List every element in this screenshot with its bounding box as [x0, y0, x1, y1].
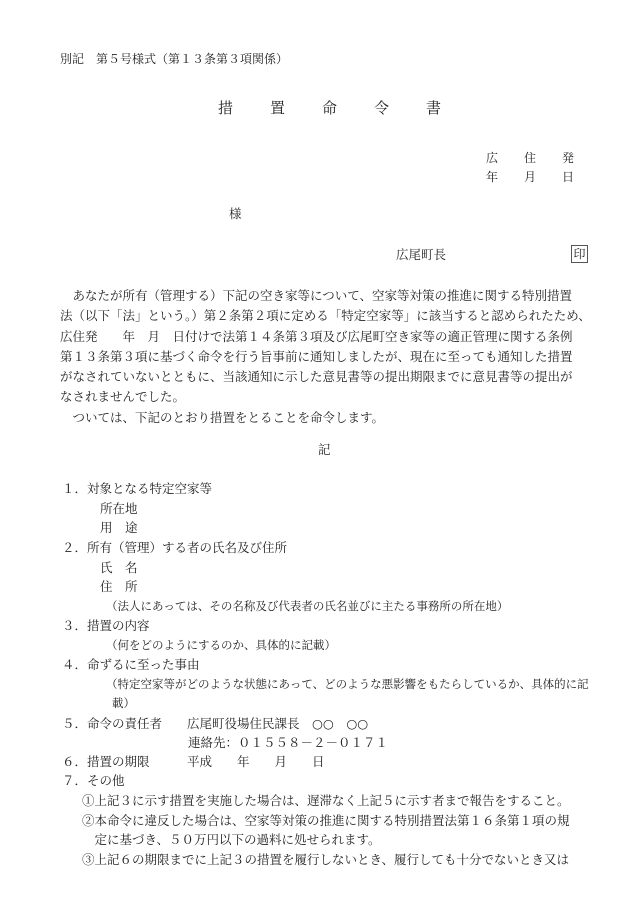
item-2-owner: ２．所有（管理）する者の氏名及び住所	[62, 542, 287, 555]
body-line: ついては、下記のとおり措置をとることを命令します。	[60, 408, 600, 428]
item-2-name: 氏 名	[100, 562, 138, 575]
item-7-note-2-cont: 定に基づき、５０万円以下の過料に処せられます。	[82, 834, 381, 847]
item-7-note-3: ③上記６の期限までに上記３の措置を履行しないとき、履行しても十分でないとき又は	[82, 854, 569, 867]
body-line: 第１３条第３項に基づく命令を行う旨事前に通知しましたが、現在に至っても通知した措…	[60, 347, 600, 367]
body-line: あなたが所有（管理する）下記の空き家等について、空家等対策の推進に関する特別措置	[60, 286, 600, 306]
seal-mark: 印	[571, 245, 588, 263]
item-4-note-cont: 載）	[112, 698, 135, 710]
title-char: 置	[270, 101, 322, 116]
item-1-target: １．対象となる特定空家等	[62, 483, 212, 496]
body-line: がなされていないとともに、当該通知に示した意見書等の提出期限までに意見書等の提出…	[60, 367, 600, 387]
item-5-responsible: ５．命令の責任者 広尾町役場住民課長 ○○ ○○	[62, 718, 368, 731]
item-2-note: （法人にあっては、その名称及び代表者の氏名並びに主たる事務所の所在地）	[106, 601, 508, 613]
body-line: 法（以下「法」という。）第２条第２項に定める「特定空家等」に該当すると認められた…	[60, 306, 600, 326]
item-1-location: 所在地	[100, 503, 138, 516]
title-char: 令	[374, 101, 426, 116]
order-body: あなたが所有（管理する）下記の空き家等について、空家等対策の推進に関する特別措置…	[60, 286, 600, 428]
record-heading: 記	[318, 444, 331, 457]
title-char: 書	[426, 101, 478, 116]
item-7-note-1: ①上記３に示す措置を実施した場合は、遅滞なく上記５に示す者まで報告をすること。	[82, 795, 570, 808]
issue-date: 年月日	[486, 171, 600, 183]
title-char: 命	[322, 101, 374, 116]
item-3-note: （何をどのようにするのか、具体的に記載）	[106, 640, 336, 652]
body-line: なされませんでした。	[60, 387, 600, 407]
issue-number-char: 広	[486, 152, 524, 164]
body-line: 広住発 年 月 日付けで法第１４条第３項及び広尾町空き家等の適正管理に関する条例	[60, 327, 600, 347]
item-4-reason: ４．命ずるに至った事由	[62, 659, 200, 672]
title-char: 措	[218, 101, 270, 116]
addressee-honorific: 様	[229, 208, 242, 221]
item-6-deadline: ６．措置の期限 平成 年 月 日	[62, 756, 325, 769]
issue-number: 広住発	[486, 152, 600, 164]
issue-number-char: 発	[562, 152, 600, 164]
issue-date-char: 年	[486, 171, 524, 183]
issue-date-char: 月	[524, 171, 562, 183]
item-3-measures: ３．措置の内容	[62, 620, 150, 633]
issue-date-char: 日	[562, 171, 600, 183]
item-7-other: ７．その他	[62, 775, 125, 788]
sender-name: 広尾町長	[396, 249, 446, 262]
document-title: 措置命令書	[218, 101, 478, 116]
item-5-contact: 連絡先：０１５５８－２－０１７１	[188, 737, 388, 750]
form-label: 別記 第５号様式（第１３条第３項関係）	[60, 53, 288, 65]
item-4-note: （特定空家等がどのような状態にあって、どのような悪影響をもたらしているか、具体的…	[106, 679, 589, 691]
item-7-note-2: ②本命令に違反した場合は、空家等対策の推進に関する特別措置法第１６条第１項の規	[82, 815, 570, 828]
item-2-address: 住 所	[100, 581, 138, 594]
item-1-use: 用 途	[100, 522, 138, 535]
issue-number-char: 住	[524, 152, 562, 164]
